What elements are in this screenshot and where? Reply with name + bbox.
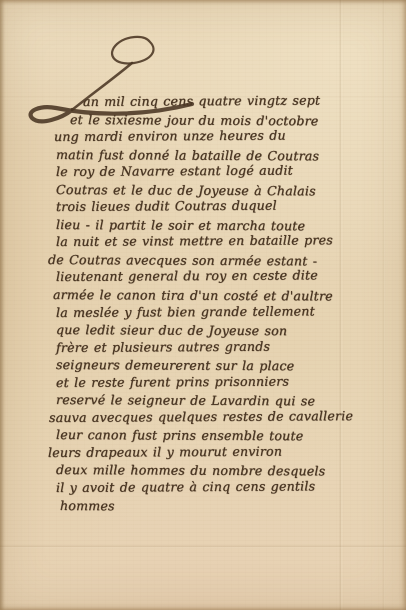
manuscript-line: la meslée y fust bien grande tellement [56, 302, 372, 321]
manuscript-line: hommes [60, 497, 372, 516]
manuscript-text-block: an mil cinq cens quatre vingtz septet le… [56, 93, 372, 514]
manuscript-line: la nuit et se vinst mettre en bataille p… [56, 231, 372, 250]
manuscript-line: leurs drapeaux il y mourut environ [48, 442, 372, 462]
manuscript-line: lieutenant general du roy en ceste dite [56, 267, 372, 286]
vertical-fold-crease-faint [382, 0, 386, 610]
manuscript-line: il y avoit de quatre à cinq cens gentils [56, 477, 372, 496]
manuscript-line: trois lieues dudit Coutras duquel [56, 196, 372, 215]
manuscript-line: frère et plusieurs autres grands [56, 337, 372, 356]
manuscript-line: ung mardi environ unze heures du [54, 126, 372, 145]
horizontal-fold-crease [0, 545, 406, 549]
manuscript-line: sauva avecques quelques restes de cavall… [49, 407, 372, 427]
manuscript-page: an mil cinq cens quatre vingtz septet le… [0, 0, 406, 610]
manuscript-line: an mil cinq cens quatre vingtz sept [83, 91, 372, 110]
manuscript-line: et le reste furent prins prisonniers [56, 372, 372, 391]
manuscript-line: le roy de Navarre estant logé audit [56, 161, 372, 180]
